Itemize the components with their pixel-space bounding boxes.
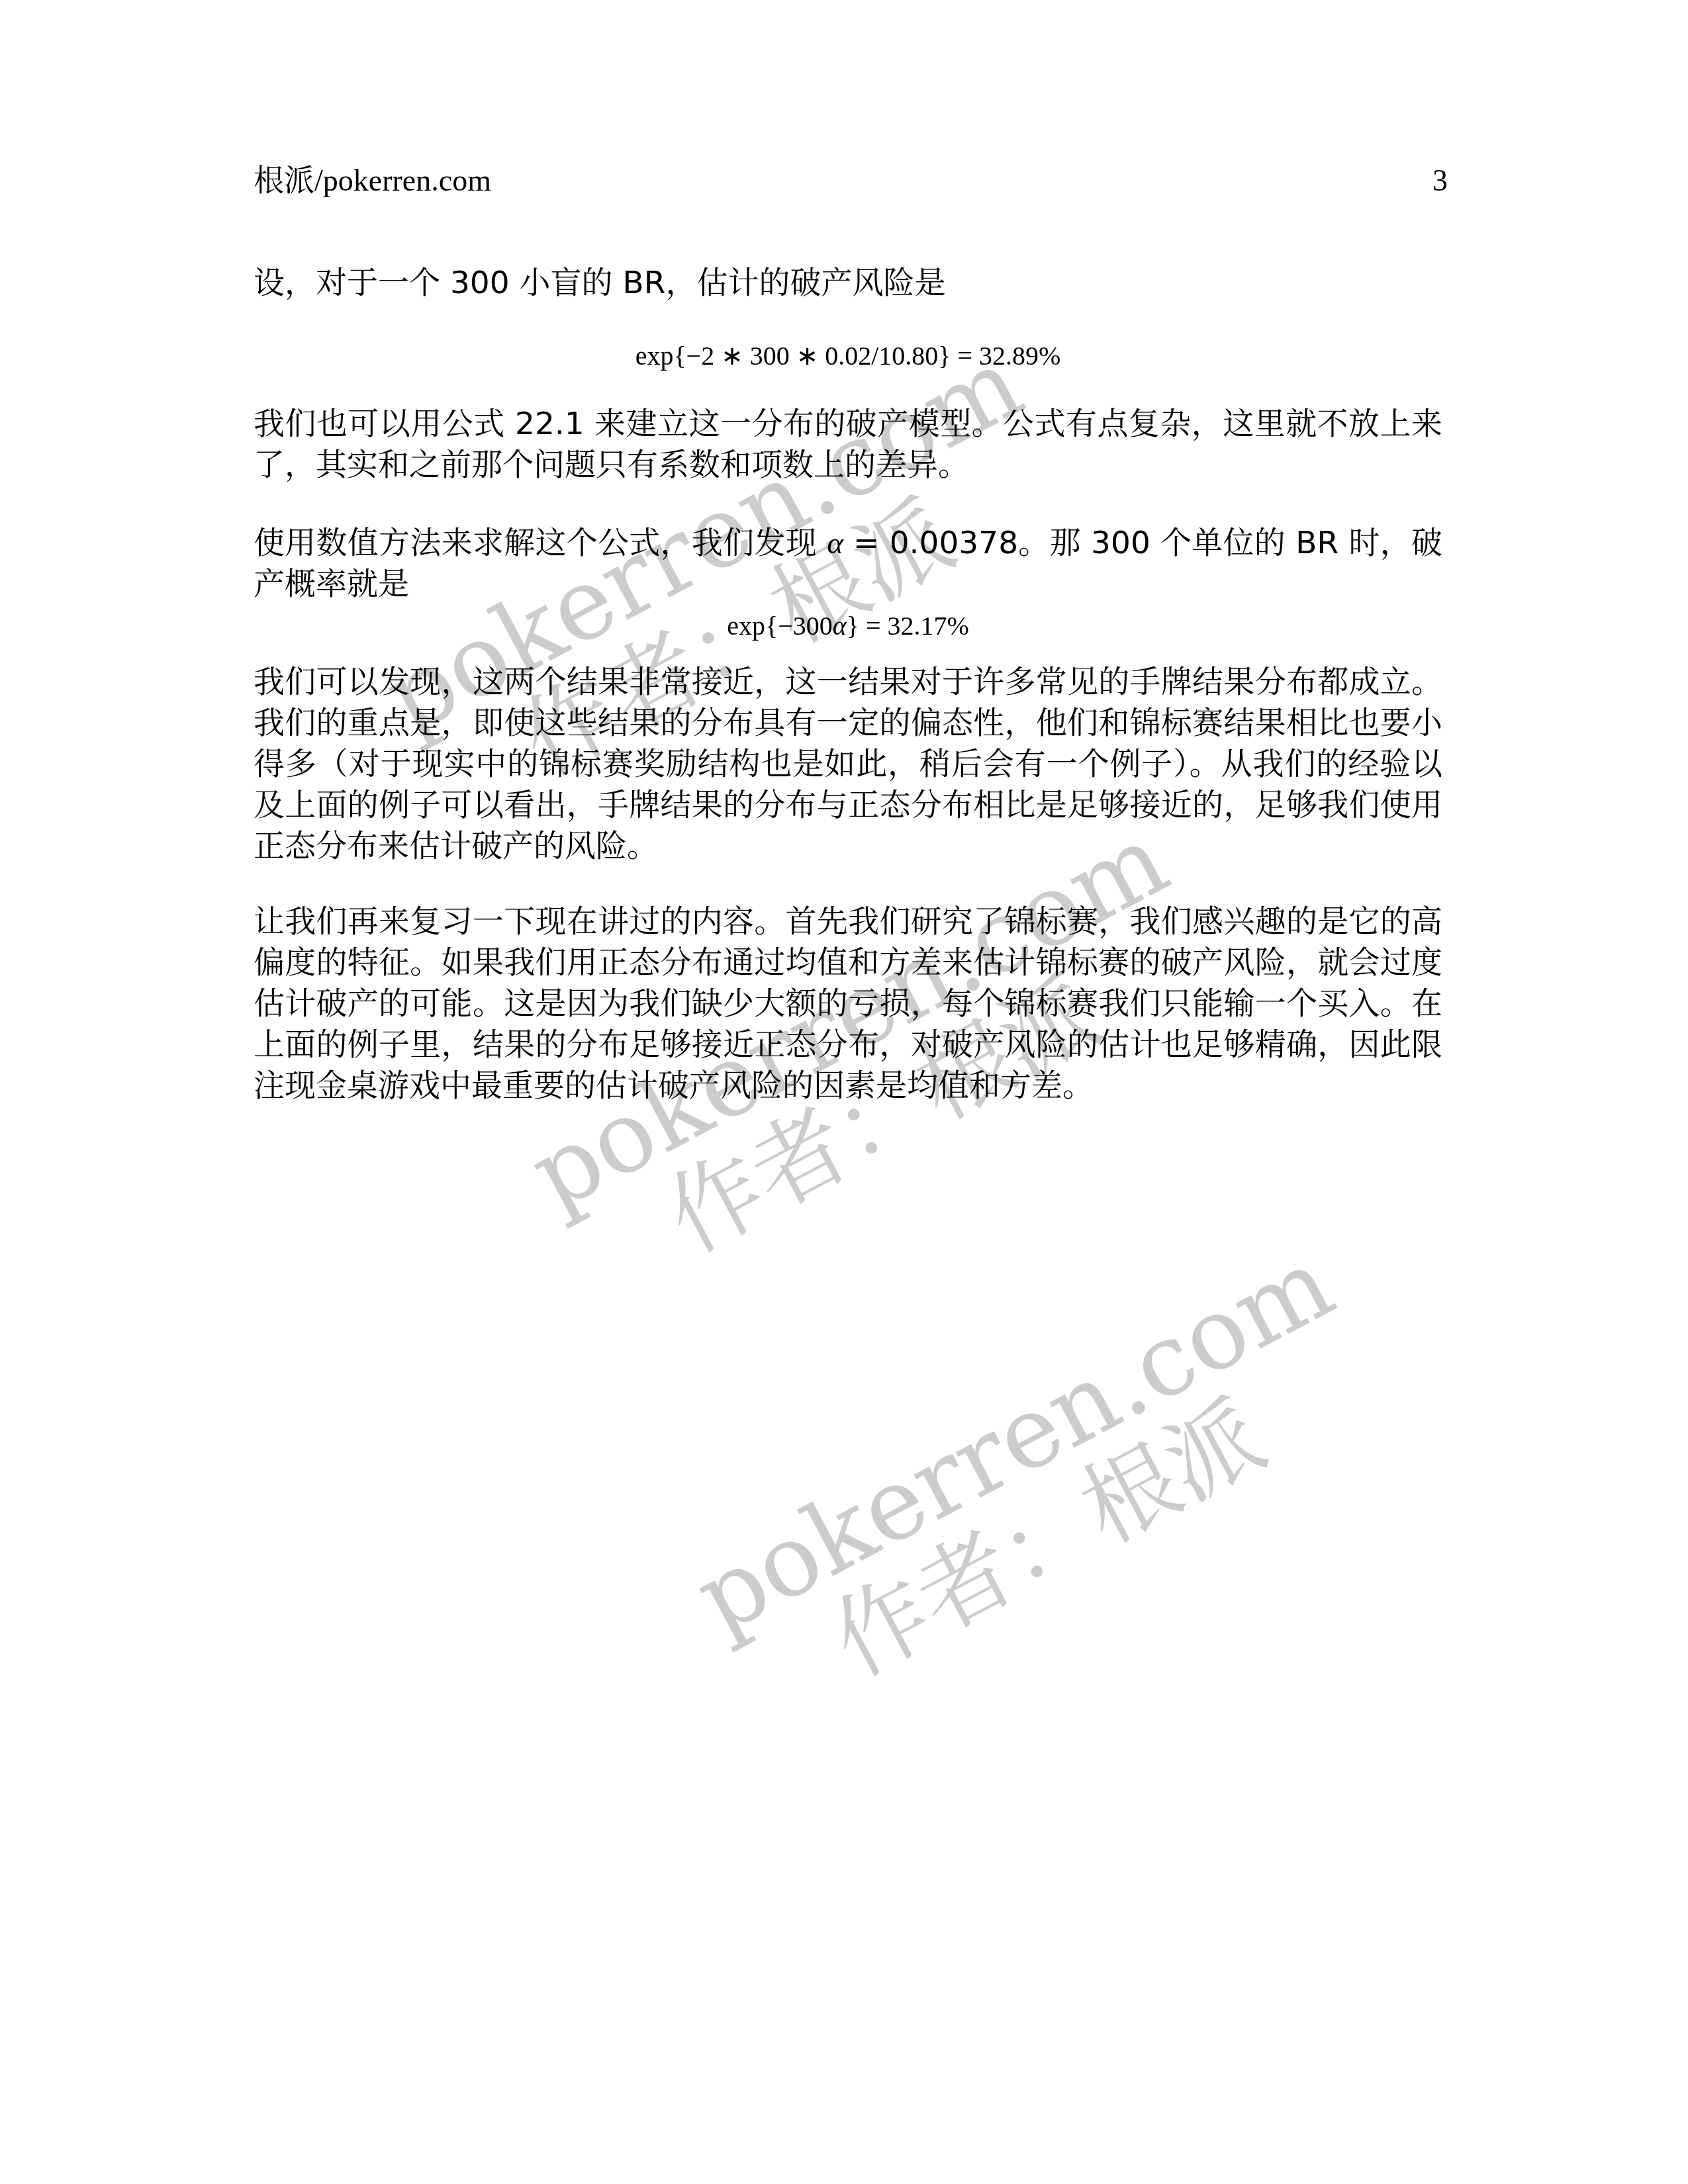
watermark-author: 作者：根派 (816, 1320, 1397, 1696)
eq2-prefix: exp{−300 (727, 611, 833, 641)
running-title: 根派/pokerren.com (254, 158, 491, 204)
alpha-symbol: α (827, 526, 843, 561)
paragraph-numerical-solution: 使用数值方法来求解这个公式，我们发现 α = 0.00378。那 300 个单位… (254, 523, 1442, 605)
equation-alpha-ror: exp{−300α} = 32.17% (254, 608, 1442, 645)
watermark-url: pokerren.com (682, 1233, 1347, 1650)
eq2-suffix: } = 32.17% (847, 611, 969, 641)
equation-normal-ror: exp{−2 ∗ 300 ∗ 0.02/10.80} = 32.89% (254, 338, 1442, 375)
page-number: 3 (1432, 158, 1448, 204)
paragraph-intro: 设，对于一个 300 小盲的 BR，估计的破产风险是 (254, 263, 1442, 304)
watermark-bottom: pokerren.com 作者：根派 (682, 1233, 1397, 1743)
text-before-alpha: 使用数值方法来求解这个公式，我们发现 (254, 525, 827, 561)
eq2-alpha: α (833, 611, 847, 641)
paragraph-review: 让我们再来复习一下现在讲过的内容。首先我们研究了锦标赛，我们感兴趣的是它的高偏度… (254, 901, 1442, 1107)
paragraph-formula-22-1: 我们也可以用公式 22.1 来建立这一分布的破产模型。公式有点复杂，这里就不放上… (254, 404, 1442, 486)
page-header: 根派/pokerren.com 3 (254, 158, 1445, 204)
paragraph-comparison: 我们可以发现，这两个结果非常接近，这一结果对于许多常见的手牌结果分布都成立。我们… (254, 662, 1442, 867)
